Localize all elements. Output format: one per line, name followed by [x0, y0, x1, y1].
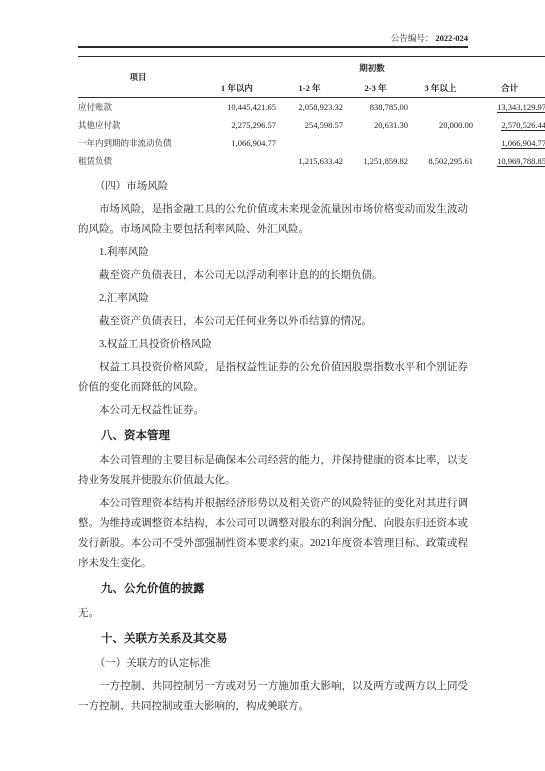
table-header-group: 期初数: [198, 57, 545, 79]
row-value-cell: [343, 134, 408, 152]
row-value-cell: 838,785.00: [343, 98, 408, 117]
paragraph: 权益工具投资价格风险，是指权益性证券的公允价值因股票指数水平和个别证券价值的变化…: [78, 358, 468, 398]
subsection-heading: （一）关联方的认定标准: [78, 654, 468, 674]
row-total-cell: 10,969,788.85: [473, 152, 545, 170]
paragraph: 本公司管理的主要目标是确保本公司经营的能力，并保持健康的资本比率，以支持业务发展…: [78, 451, 468, 491]
paragraph: 无。: [78, 604, 468, 624]
table-header-col-3: 2-3 年: [343, 78, 408, 98]
table-header-col-1: 1 年以内: [198, 78, 276, 98]
liabilities-maturity-table: 项目 期初数 1 年以内 1-2 年 2-3 年 3 年以上 合计 应付账款10…: [78, 56, 545, 170]
table-header-col-2: 1-2 年: [276, 78, 343, 98]
header-rule: [78, 46, 468, 48]
numbered-subheading: 2.汇率风险: [78, 289, 468, 309]
row-value-cell: 10,445,421.65: [198, 98, 276, 117]
row-value-cell: 1,066,904.77: [198, 134, 276, 152]
paragraph: 截至资产负债表日，本公司无以浮动利率计息的的长期负债。: [78, 266, 468, 286]
row-item-label: 一年内到期的非流动负债: [78, 134, 198, 152]
section-heading: 九、公允价值的披露: [78, 579, 468, 599]
table-row: 一年内到期的非流动负债1,066,904.771,066,904.77: [78, 134, 545, 152]
paragraph: 一方控制、共同控制另一方或对另一方施加重大影响，以及两方或两方以上同受一方控制、…: [78, 677, 468, 717]
text-sections: （四）市场风险市场风险，是指金融工具的公允价值或未来现金流量因市场价格变动而发生…: [78, 177, 468, 717]
row-total-value: 10,969,788.85: [497, 156, 545, 167]
row-total-value: 13,343,129.97: [497, 102, 545, 113]
paragraph: 截至资产负债表日，本公司无任何业务以外币结算的情况。: [78, 312, 468, 332]
section-heading: 十、关联方关系及其交易: [78, 629, 468, 649]
row-value-cell: 1,215,633.42: [276, 152, 343, 170]
row-total-value: 1,066,904.77: [501, 138, 545, 149]
row-total-cell: 13,343,129.97: [473, 98, 545, 117]
row-value-cell: [198, 152, 276, 170]
row-total-cell: 1,066,904.77: [473, 134, 545, 152]
page-number: 99: [0, 699, 545, 709]
table-row: 应付账款10,445,421.652,058,923.32838,785.001…: [78, 98, 545, 117]
row-item-label: 应付账款: [78, 98, 198, 117]
table-body: 应付账款10,445,421.652,058,923.32838,785.001…: [78, 98, 545, 171]
table-header-col-4: 3 年以上: [408, 78, 473, 98]
notice-number-label: 公告编号：: [391, 33, 434, 43]
row-item-label: 其他应付款: [78, 116, 198, 134]
row-value-cell: [408, 134, 473, 152]
table-row: 其他应付款2,275,296.57254,598.5720,631.3020,0…: [78, 116, 545, 134]
table-row: 租赁负债1,215,633.421,251,859.828,502,295.61…: [78, 152, 545, 170]
row-value-cell: [276, 134, 343, 152]
row-value-cell: [408, 98, 473, 117]
table-header-col-total: 合计: [473, 78, 545, 98]
paragraph: 市场风险，是指金融工具的公允价值或未来现金流量因市场价格变动而发生波动的风险。市…: [78, 200, 468, 240]
row-value-cell: 8,502,295.61: [408, 152, 473, 170]
section-heading: 八、资本管理: [78, 426, 468, 446]
row-value-cell: 1,251,859.82: [343, 152, 408, 170]
row-value-cell: 20,631.30: [343, 116, 408, 134]
row-value-cell: 2,058,923.32: [276, 98, 343, 117]
table-header-item: 项目: [78, 57, 198, 98]
subsection-heading: （四）市场风险: [78, 177, 468, 197]
paragraph: 本公司管理资本结构并根据经济形势以及相关资产的风险特征的变化对其进行调整。为维持…: [78, 494, 468, 574]
row-value-cell: 20,000.00: [408, 116, 473, 134]
row-total-cell: 2,570,526.44: [473, 116, 545, 134]
notice-number-value: 2022-024: [435, 33, 468, 43]
row-total-value: 2,570,526.44: [501, 120, 545, 131]
row-value-cell: 254,598.57: [276, 116, 343, 134]
notice-number: 公告编号：2022-024: [78, 33, 468, 44]
numbered-subheading: 3.权益工具投资价格风险: [78, 335, 468, 355]
paragraph: 本公司无权益性证券。: [78, 401, 468, 421]
document-body: 项目 期初数 1 年以内 1-2 年 2-3 年 3 年以上 合计 应付账款10…: [78, 56, 468, 717]
row-value-cell: 2,275,296.57: [198, 116, 276, 134]
numbered-subheading: 1.利率风险: [78, 243, 468, 263]
row-item-label: 租赁负债: [78, 152, 198, 170]
